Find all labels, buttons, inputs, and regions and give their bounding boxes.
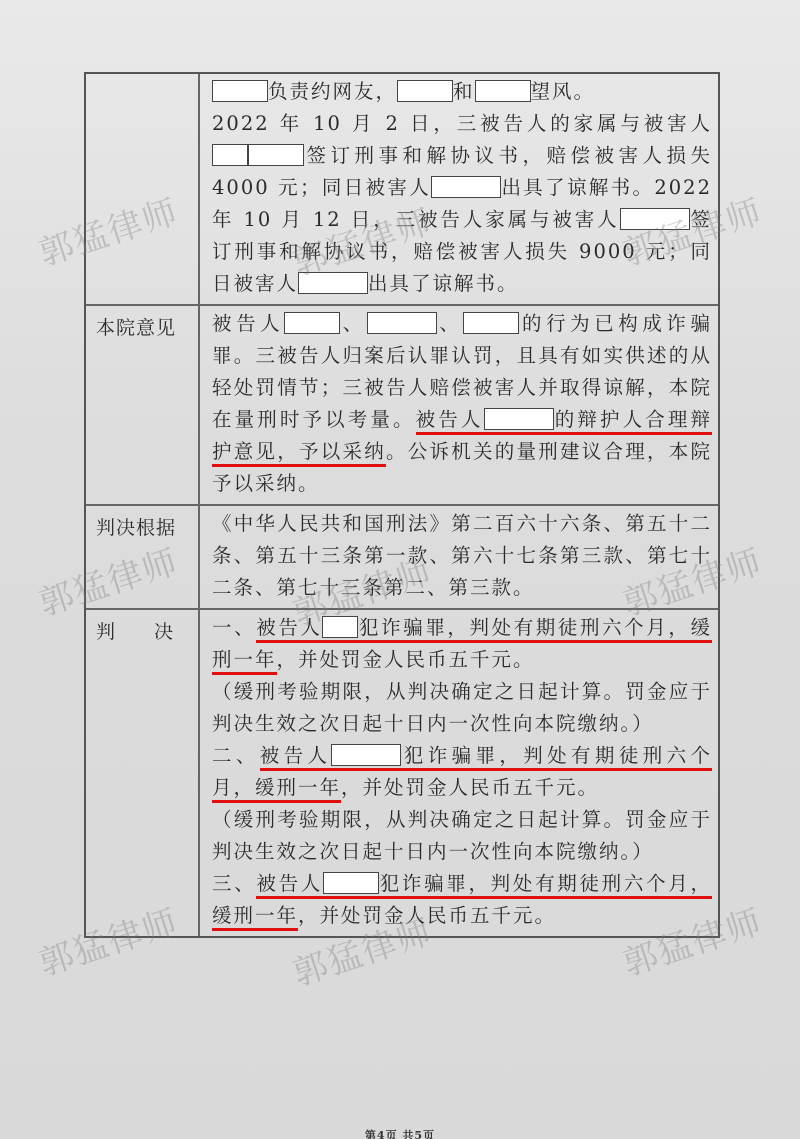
verdict-item-2-note: （缓刑考验期限，从判决确定之日起计算。罚金应于判决生效之次日起十日内一次性向本院… <box>212 804 712 868</box>
verdict-label: 判决 <box>86 610 200 936</box>
facts-paragraph-1: 负责约网友，和望风。 <box>212 76 712 108</box>
text-span: 望风。 <box>531 80 596 103</box>
text-span: 被告人 <box>416 408 484 431</box>
redaction-box <box>484 408 554 430</box>
facts-paragraph-2: 2022 年 10 月 2 日，三被告人的家属与被害人签订刑事和解协议书，赔偿被… <box>212 108 712 300</box>
text-span: 决 <box>154 616 174 648</box>
facts-row: 负责约网友，和望风。 2022 年 10 月 2 日，三被告人的家属与被害人签订… <box>86 74 718 304</box>
redaction-box <box>212 144 248 166</box>
redaction-box <box>298 272 368 294</box>
court-opinion-row: 本院意见 被告人、、的行为已构成诈骗罪。三被告人归案后认罪认罚，且具有如实供述的… <box>86 304 718 504</box>
text-span: 、 <box>437 312 464 335</box>
facts-content: 负责约网友，和望风。 2022 年 10 月 2 日，三被告人的家属与被害人签订… <box>200 74 718 304</box>
redaction-box <box>284 312 340 334</box>
document-page: 负责约网友，和望风。 2022 年 10 月 2 日，三被告人的家属与被害人签订… <box>0 0 800 1139</box>
text-span: 、 <box>340 312 367 335</box>
text-span: 负责约网友， <box>268 80 397 103</box>
redaction-box <box>620 208 690 230</box>
text-span: 二、 <box>212 744 260 767</box>
text-span: ，并处罚金人民币五千元。 <box>277 648 535 671</box>
redaction-box <box>367 312 437 334</box>
redaction-box <box>331 744 401 766</box>
redaction-box <box>248 144 304 166</box>
redaction-box <box>475 80 531 102</box>
legal-basis-content: 《中华人民共和国刑法》第二百六十六条、第五十二条、第五十三条第一款、第六十七条第… <box>200 506 718 608</box>
judgment-table: 负责约网友，和望风。 2022 年 10 月 2 日，三被告人的家属与被害人签订… <box>84 72 720 938</box>
text-span: 2022 年 10 月 2 日，三被告人的家属与被害人 <box>212 112 712 135</box>
verdict-item-2: 二、被告人犯诈骗罪，判处有期徒刑六个月，缓刑一年，并处罚金人民币五千元。 <box>212 740 712 804</box>
verdict-label-text: 判决 <box>96 616 192 648</box>
court-opinion-label: 本院意见 <box>86 306 200 504</box>
redaction-box <box>397 80 453 102</box>
text-span: 一、 <box>212 616 256 639</box>
legal-basis-label: 判决根据 <box>86 506 200 608</box>
text-span: ，并处罚金人民币五千元。 <box>298 904 556 927</box>
legal-basis-row: 判决根据 《中华人民共和国刑法》第二百六十六条、第五十二条、第五十三条第一款、第… <box>86 504 718 608</box>
text-span: 和 <box>453 80 475 103</box>
verdict-item-1: 一、被告人犯诈骗罪，判处有期徒刑六个月，缓刑一年，并处罚金人民币五千元。 <box>212 612 712 676</box>
court-opinion-paragraph: 被告人、、的行为已构成诈骗罪。三被告人归案后认罪认罚，且具有如实供述的从轻处罚情… <box>212 308 712 500</box>
text-span: 判 <box>96 616 116 648</box>
text-span: 出具了谅解书。 <box>368 272 519 295</box>
verdict-item-1-note: （缓刑考验期限，从判决确定之日起计算。罚金应于判决生效之次日起十日内一次性向本院… <box>212 676 712 740</box>
text-span: 被告人 <box>256 616 322 639</box>
text-span: 三、 <box>212 872 256 895</box>
redaction-box <box>323 872 379 894</box>
verdict-row: 判决 一、被告人犯诈骗罪，判处有期徒刑六个月，缓刑一年，并处罚金人民币五千元。 … <box>86 608 718 936</box>
text-span: 被告人 <box>256 872 323 895</box>
facts-label-cell <box>86 74 200 304</box>
verdict-content: 一、被告人犯诈骗罪，判处有期徒刑六个月，缓刑一年，并处罚金人民币五千元。 （缓刑… <box>200 610 718 936</box>
redaction-box <box>212 80 268 102</box>
legal-basis-text: 《中华人民共和国刑法》第二百六十六条、第五十二条、第五十三条第一款、第六十七条第… <box>212 508 712 604</box>
redaction-box <box>431 176 501 198</box>
court-opinion-content: 被告人、、的行为已构成诈骗罪。三被告人归案后认罪认罚，且具有如实供述的从轻处罚情… <box>200 306 718 504</box>
redaction-box <box>322 616 358 638</box>
verdict-item-3: 三、被告人犯诈骗罪，判处有期徒刑六个月，缓刑一年，并处罚金人民币五千元。 <box>212 868 712 932</box>
text-span: ，并处罚金人民币五千元。 <box>341 776 599 799</box>
text-span: 被告人 <box>212 312 284 335</box>
text-span: 被告人 <box>260 744 332 767</box>
redaction-box <box>463 312 519 334</box>
page-number: 第4页 共5页 <box>0 1127 800 1139</box>
